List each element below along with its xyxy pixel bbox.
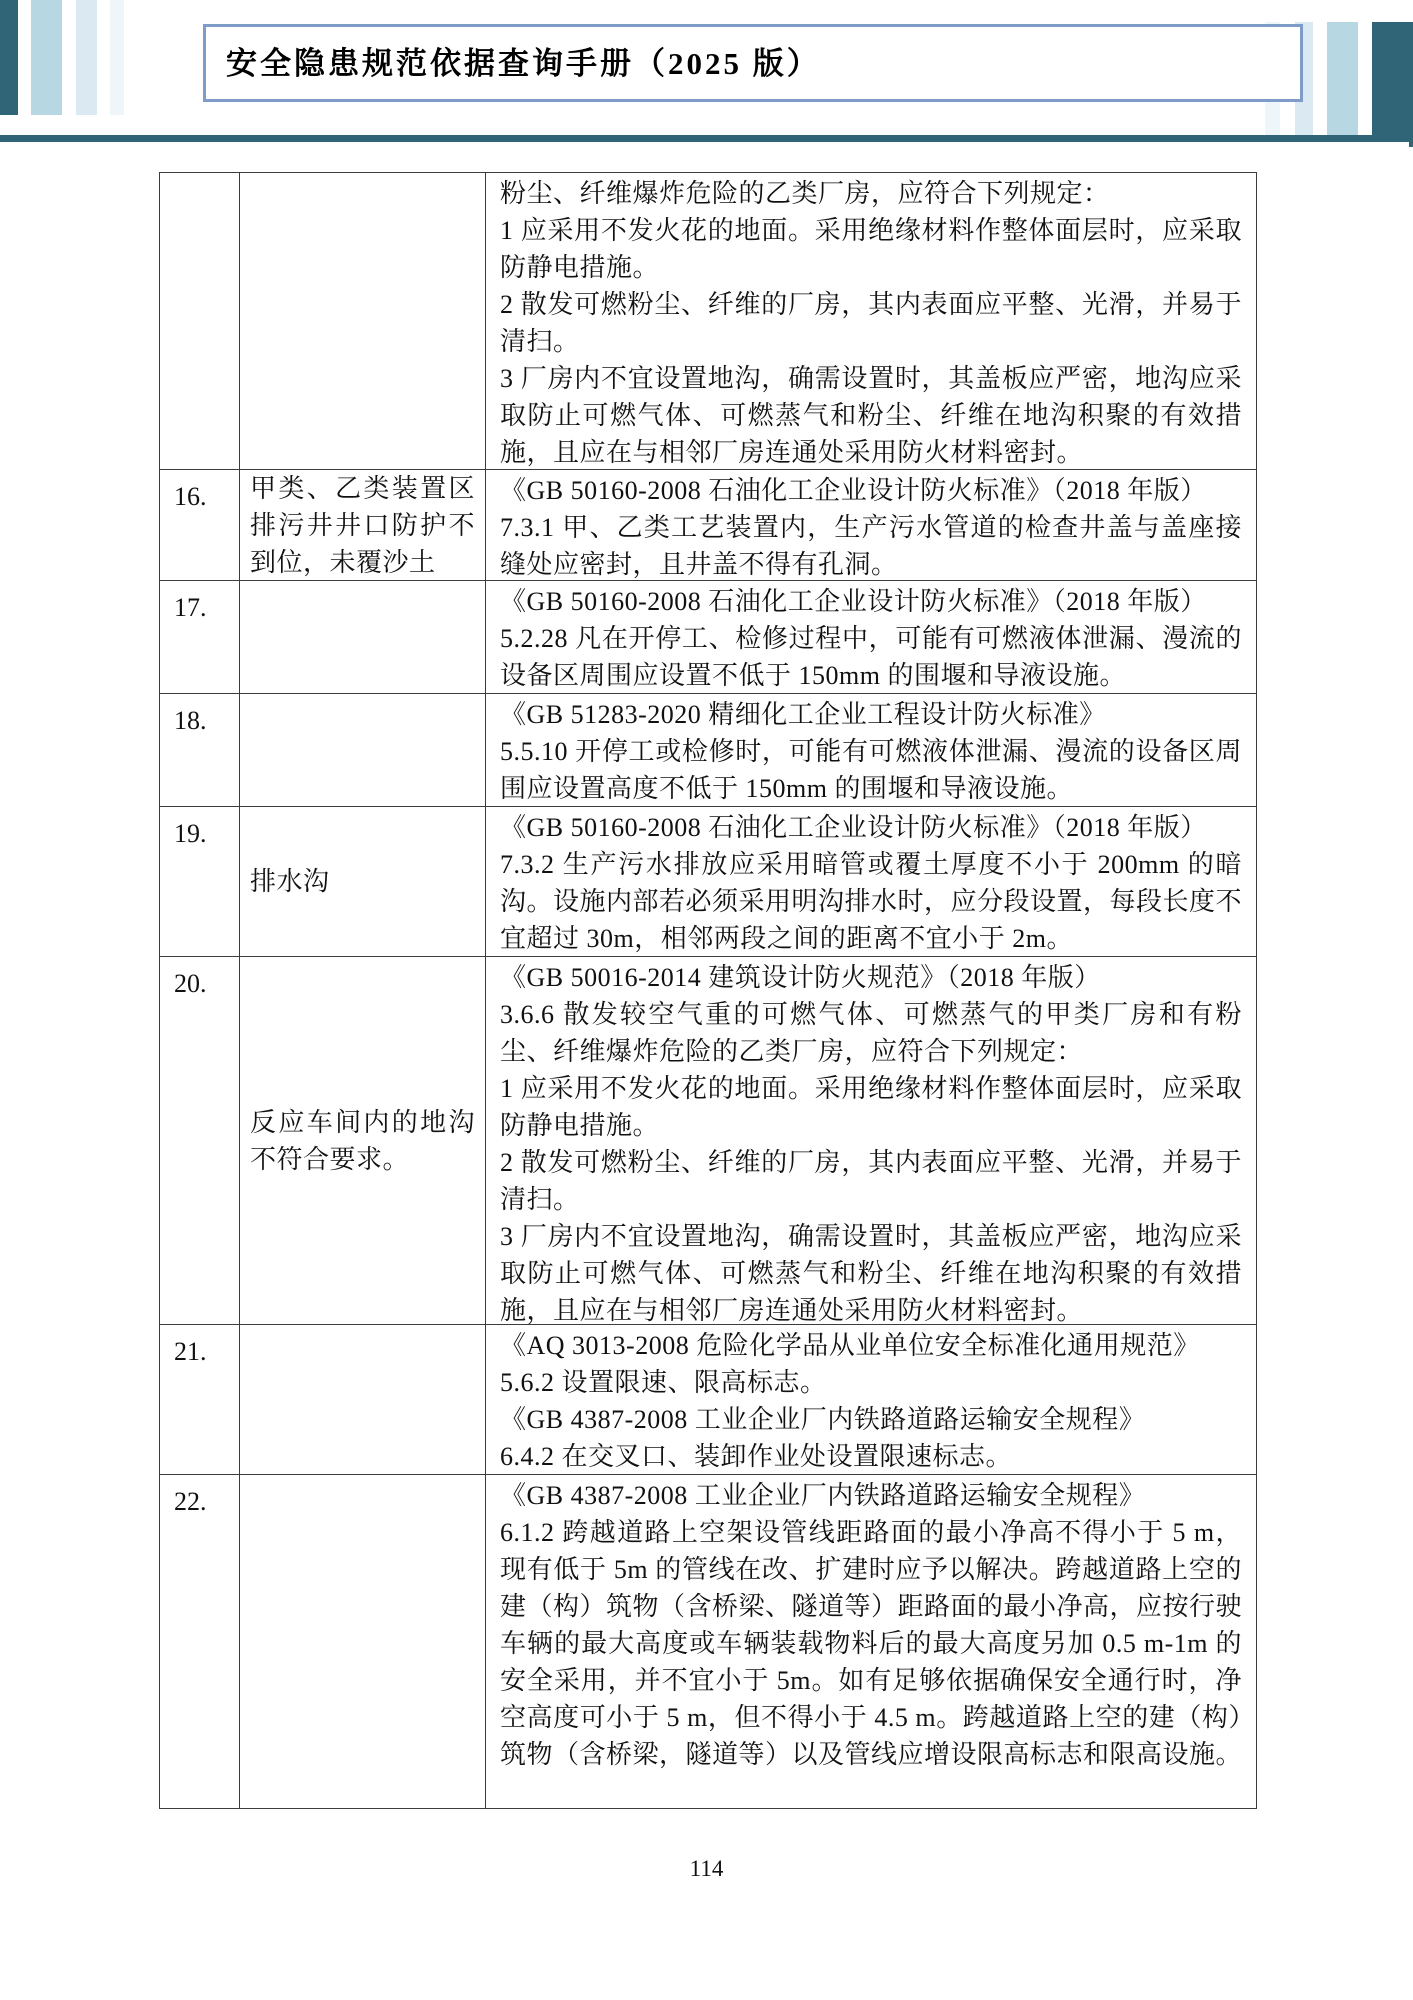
deco-bar-right-medium (1327, 22, 1358, 135)
hazard-item-cell: 反应车间内的地沟不符合要求。 (240, 957, 486, 1324)
row-number-cell: 22. (160, 1475, 240, 1808)
row-number-cell (160, 173, 240, 469)
standards-table: 粉尘、纤维爆炸危险的乙类厂房，应符合下列规定： 1 应采用不发火花的地面。采用绝… (159, 172, 1257, 1809)
standard-basis-cell: 《GB 50016-2014 建筑设计防火规范》（2018 年版） 3.6.6 … (486, 957, 1256, 1324)
title-box: 安全隐患规范依据查询手册（2025 版） (203, 24, 1303, 102)
standard-basis-cell: 《AQ 3013-2008 危险化学品从业单位安全标准化通用规范》 5.6.2 … (486, 1325, 1256, 1474)
hazard-item-cell (240, 694, 486, 806)
table-row: 22. 《GB 4387-2008 工业企业厂内铁路道路运输安全规程》 6.1.… (160, 1475, 1256, 1808)
row-number-cell: 16. (160, 470, 240, 580)
deco-bar-left-dark (0, 0, 18, 115)
deco-bar-right-dark (1372, 22, 1413, 135)
hazard-item-cell (240, 173, 486, 469)
row-number-cell: 17. (160, 581, 240, 693)
hazard-item-cell (240, 1325, 486, 1474)
row-number-cell: 21. (160, 1325, 240, 1474)
hazard-item-text: 反应车间内的地沟不符合要求。 (250, 1104, 475, 1178)
table-row: 17. 《GB 50160-2008 石油化工企业设计防火标准》（2018 年版… (160, 581, 1256, 694)
table-row: 16. 甲类、乙类装置区排污井井口防护不到位，未覆沙土 《GB 50160-20… (160, 470, 1256, 581)
page-title: 安全隐患规范依据查询手册（2025 版） (226, 38, 821, 83)
table-row: 粉尘、纤维爆炸危险的乙类厂房，应符合下列规定： 1 应采用不发火花的地面。采用绝… (160, 173, 1256, 470)
hazard-item-text: 排水沟 (250, 863, 475, 900)
row-number-cell: 18. (160, 694, 240, 806)
standard-basis-cell: 《GB 51283-2020 精细化工企业工程设计防火标准》 5.5.10 开停… (486, 694, 1256, 806)
deco-bar-left-lightest (110, 0, 124, 115)
page-number: 114 (0, 1856, 1413, 1882)
deco-bar-left-light (76, 0, 97, 115)
row-number-cell: 19. (160, 807, 240, 956)
standard-basis-cell: 粉尘、纤维爆炸危险的乙类厂房，应符合下列规定： 1 应采用不发火花的地面。采用绝… (486, 173, 1256, 469)
hazard-item-text: 甲类、乙类装置区排污井井口防护不到位，未覆沙土 (250, 470, 475, 580)
hazard-item-cell: 排水沟 (240, 807, 486, 956)
table-row: 18. 《GB 51283-2020 精细化工企业工程设计防火标准》 5.5.1… (160, 694, 1256, 807)
hazard-item-cell (240, 1475, 486, 1808)
header-rule (0, 135, 1413, 142)
row-number-cell: 20. (160, 957, 240, 1324)
table-row: 21. 《AQ 3013-2008 危险化学品从业单位安全标准化通用规范》 5.… (160, 1325, 1256, 1475)
table-row: 19. 排水沟 《GB 50160-2008 石油化工企业设计防火标准》（201… (160, 807, 1256, 957)
standard-basis-cell: 《GB 50160-2008 石油化工企业设计防火标准》（2018 年版） 7.… (486, 807, 1256, 956)
standard-basis-cell: 《GB 50160-2008 石油化工企业设计防火标准》（2018 年版） 5.… (486, 581, 1256, 693)
standard-basis-cell: 《GB 50160-2008 石油化工企业设计防火标准》（2018 年版） 7.… (486, 470, 1256, 580)
header-notch (1409, 142, 1413, 147)
hazard-item-cell (240, 581, 486, 693)
table-row: 20. 反应车间内的地沟不符合要求。 《GB 50016-2014 建筑设计防火… (160, 957, 1256, 1325)
deco-bar-left-medium (31, 0, 62, 115)
hazard-item-cell: 甲类、乙类装置区排污井井口防护不到位，未覆沙土 (240, 470, 486, 580)
standard-basis-cell: 《GB 4387-2008 工业企业厂内铁路道路运输安全规程》 6.1.2 跨越… (486, 1475, 1256, 1808)
